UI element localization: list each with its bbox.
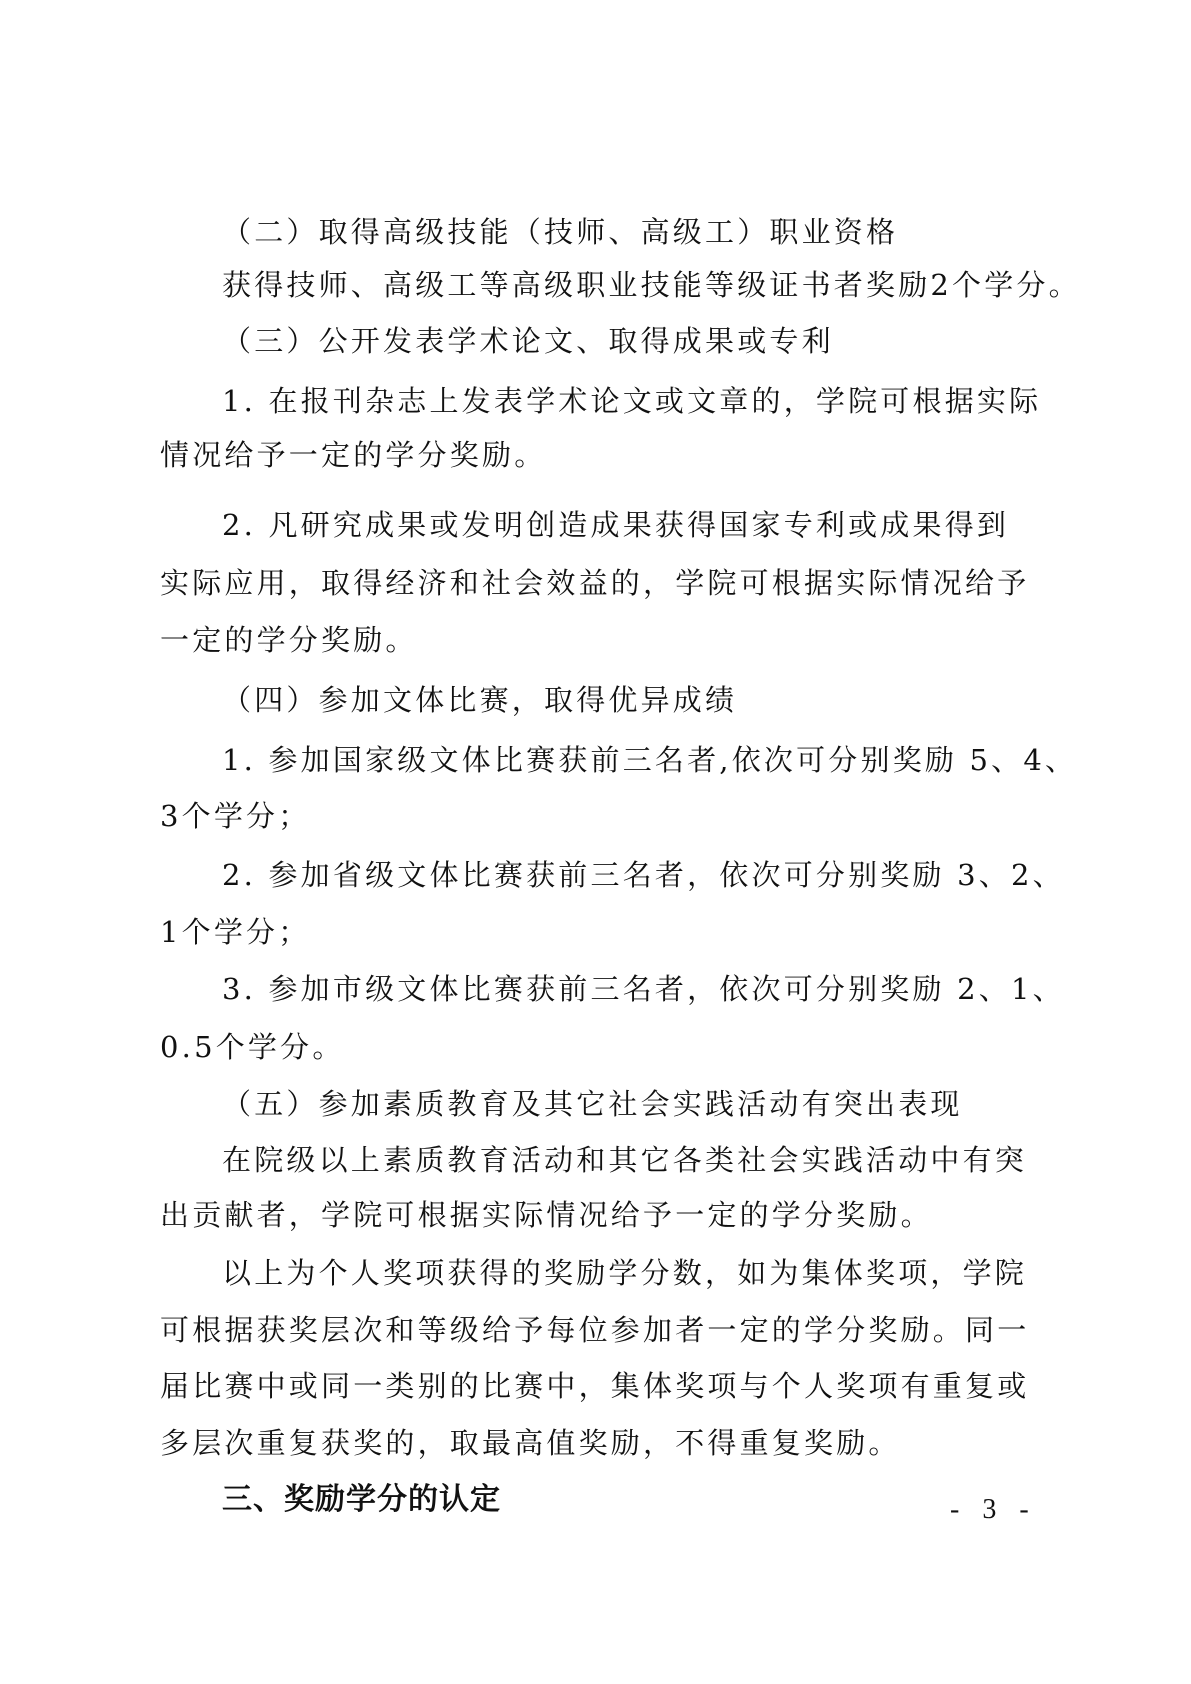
paragraph-line: 2. 凡研究成果或发明创造成果获得国家专利或成果得到 <box>222 503 1102 547</box>
paragraph-line: 1. 在报刊杂志上发表学术论文或文章的，学院可根据实际 <box>222 379 1102 423</box>
paragraph-line: 以上为个人奖项获得的奖励学分数，如为集体奖项，学院 <box>222 1251 1102 1295</box>
subsection-heading-5: （五）参加素质教育及其它社会实践活动有突出表现 <box>222 1082 1102 1126</box>
paragraph-line: 情况给予一定的学分奖励。 <box>160 433 1040 477</box>
paragraph-line: 1. 参加国家级文体比赛获前三名者,依次可分别奖励 5、4、 <box>222 738 1102 782</box>
document-page: （二）取得高级技能（技师、高级工）职业资格 获得技师、高级工等高级职业技能等级证… <box>0 0 1191 1684</box>
paragraph-line: 1个学分； <box>160 910 1040 954</box>
paragraph-line: 届比赛中或同一类别的比赛中，集体奖项与个人奖项有重复或 <box>160 1364 1040 1408</box>
paragraph-line: 一定的学分奖励。 <box>160 618 1040 662</box>
paragraph-line: 可根据获奖层次和等级给予每位参加者一定的学分奖励。同一 <box>160 1308 1040 1352</box>
paragraph-line: 3. 参加市级文体比赛获前三名者，依次可分别奖励 2、1、 <box>222 967 1102 1011</box>
paragraph-line: 出贡献者，学院可根据实际情况给予一定的学分奖励。 <box>160 1193 1040 1237</box>
paragraph-line: 3个学分； <box>160 794 1040 838</box>
subsection-heading-3: （三）公开发表学术论文、取得成果或专利 <box>222 319 1102 363</box>
paragraph-line: 获得技师、高级工等高级职业技能等级证书者奖励2个学分。 <box>222 263 1102 307</box>
subsection-heading-4: （四）参加文体比赛，取得优异成绩 <box>222 678 1102 722</box>
paragraph-line: 多层次重复获奖的，取最高值奖励，不得重复奖励。 <box>160 1421 1040 1465</box>
paragraph-line: 2. 参加省级文体比赛获前三名者，依次可分别奖励 3、2、 <box>222 853 1102 897</box>
paragraph-line: 在院级以上素质教育活动和其它各类社会实践活动中有突 <box>222 1138 1102 1182</box>
paragraph-line: 实际应用，取得经济和社会效益的，学院可根据实际情况给予 <box>160 561 1040 605</box>
paragraph-line: 0.5个学分。 <box>160 1025 1040 1069</box>
subsection-heading-2: （二）取得高级技能（技师、高级工）职业资格 <box>222 210 1102 254</box>
page-number: - 3 - <box>950 1494 1037 1526</box>
